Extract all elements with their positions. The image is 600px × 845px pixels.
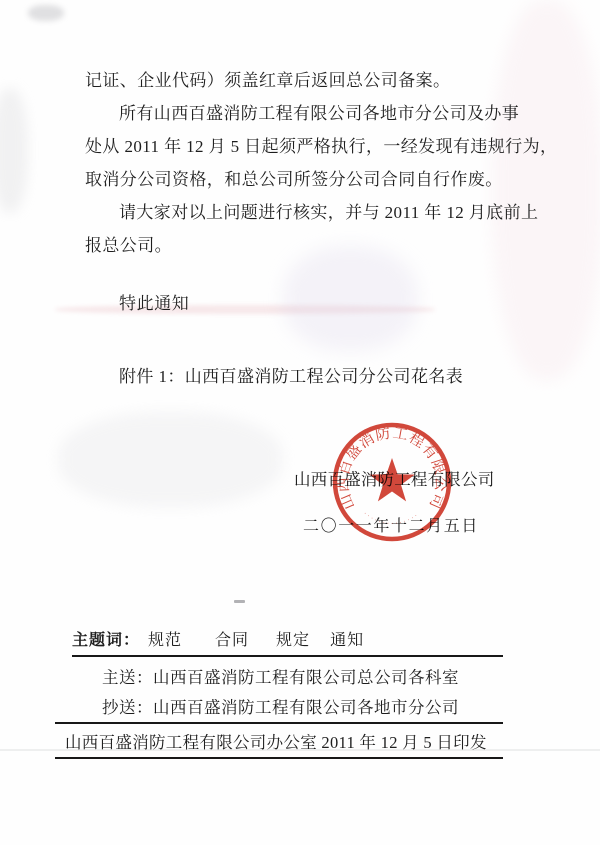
- scan-artifact-showthrough: [58, 412, 283, 507]
- body-line: 请大家对以上问题进行核实，并与 2011 年 12 月底前上: [85, 196, 523, 229]
- body-line: 记证、企业代码）须盖红章后返回总公司备案。: [85, 64, 523, 97]
- copy-send-row: 抄送：山西百盛消防工程有限公司各地市分公司: [55, 688, 503, 724]
- main-send-label: 主送：: [102, 668, 153, 687]
- body-line: 所有山西百盛消防工程有限公司各地市分公司及办事: [85, 97, 523, 130]
- main-send-text: 山西百盛消防工程有限公司总公司各科室: [153, 668, 459, 687]
- notice-body: 记证、企业代码）须盖红章后返回总公司备案。 所有山西百盛消防工程有限公司各地市分…: [85, 64, 523, 262]
- attachment-line: 附件 1：山西百盛消防工程公司分公司花名表: [119, 362, 463, 387]
- print-info-text: 山西百盛消防工程有限公司办公室 2011 年 12 月 5 日印发: [65, 733, 487, 752]
- body-line: 处从 2011 年 12 月 5 日起须严格执行，一经发现有违规行为，: [85, 130, 523, 163]
- subject-keyword: 规范: [148, 627, 182, 650]
- notice-closing: 特此通知: [119, 289, 189, 314]
- official-seal-stamp: 山西百盛消防工程有限公司 ··············: [307, 396, 477, 566]
- body-line: 取消分公司资格，和总公司所签分公司合同自行作废。: [85, 163, 523, 196]
- copy-send-label: 抄送：: [102, 698, 153, 717]
- scan-artifact-gray-smudge: [0, 88, 28, 213]
- subject-keyword: 合同: [215, 627, 249, 650]
- scan-artifact-corner-mark: [28, 5, 64, 21]
- subject-keyword: 通知: [330, 627, 364, 650]
- body-line: 报总公司。: [85, 229, 523, 262]
- subject-label: 主题词：: [72, 632, 140, 649]
- star-icon: [369, 458, 415, 501]
- subject-keyword: 规定: [276, 627, 310, 650]
- copy-send-text: 山西百盛消防工程有限公司各地市分公司: [153, 698, 459, 717]
- main-send-row: 主送：山西百盛消防工程有限公司总公司各科室: [55, 657, 503, 688]
- scan-artifact-dash: [234, 600, 245, 603]
- seal-micro-text: ··············: [362, 511, 421, 527]
- subject-keywords-row: 主题词：规范合同规定通知: [72, 627, 503, 657]
- print-info-row: 山西百盛消防工程有限公司办公室 2011 年 12 月 5 日印发: [55, 724, 503, 759]
- document-footer: 主题词：规范合同规定通知 主送：山西百盛消防工程有限公司总公司各科室 抄送：山西…: [55, 627, 503, 759]
- scanned-notice-page: 记证、企业代码）须盖红章后返回总公司备案。 所有山西百盛消防工程有限公司各地市分…: [0, 0, 600, 845]
- scan-artifact-pink-streak: [55, 305, 435, 314]
